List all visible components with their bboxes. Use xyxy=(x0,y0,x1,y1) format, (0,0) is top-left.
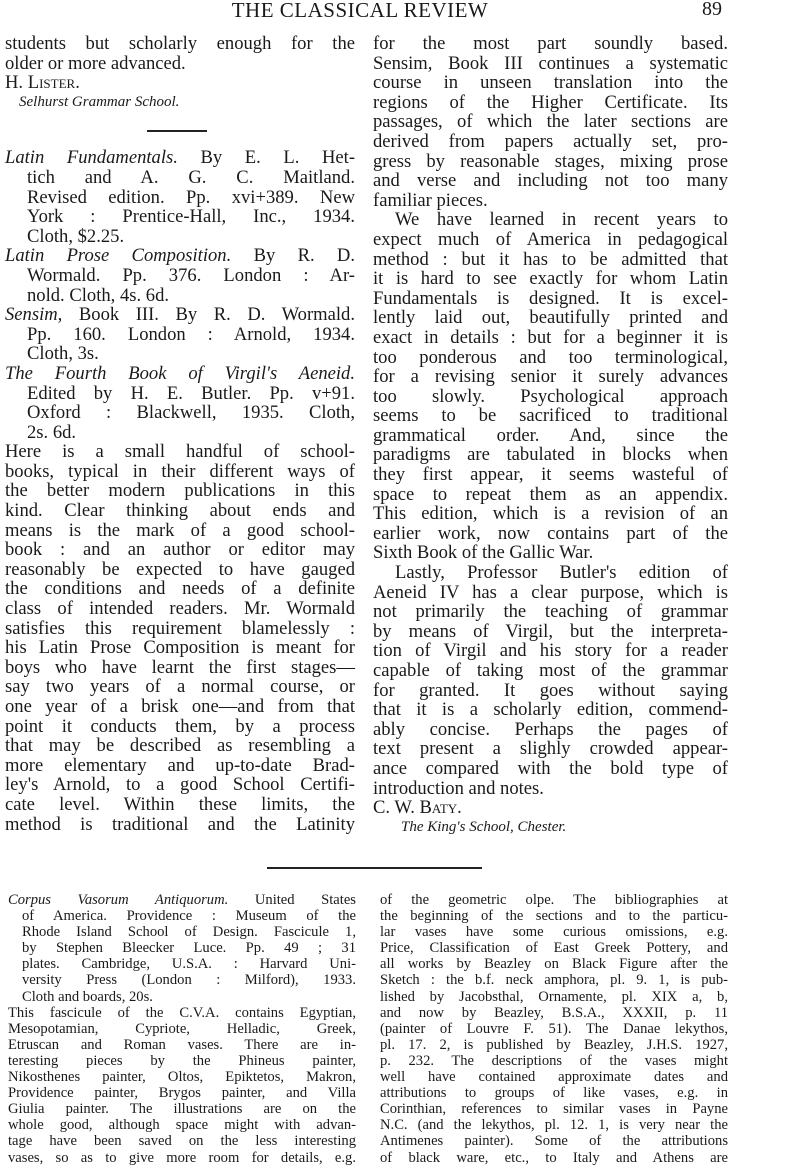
text-line: Lastly, Professor Butler's edition of xyxy=(373,563,728,583)
text-line: familiar pieces. xyxy=(373,191,728,211)
text-line: ance compared with the bold type of xyxy=(373,759,728,779)
text-line: Mesopotamian, Cypriote, Helladic, Greek, xyxy=(8,1021,356,1037)
book-detail: York : Prentice-Hall, Inc., 1934. xyxy=(5,207,355,227)
text-line: too slowly. Psychological approach xyxy=(373,387,728,407)
text-line: method : but it has to be admitted that xyxy=(373,250,728,270)
book-detail: By E. L. Het- xyxy=(178,147,355,168)
text-line: p. 232. The descriptions of the vases mi… xyxy=(380,1053,728,1069)
book-detail: tich and A. G. C. Maitland. xyxy=(5,168,355,188)
text-line: for a revising senior it surely advances xyxy=(373,367,728,387)
text-line: books, typical in their different ways o… xyxy=(5,462,355,482)
page-number: 89 xyxy=(700,0,722,21)
text-line: regions of the Higher Certificate. Its xyxy=(373,93,728,113)
text-line: it is hard to see exactly for whom Latin xyxy=(373,269,728,289)
text-line: they first appear, it seems wasteful of xyxy=(373,465,728,485)
text-line: reasonably be expected to have gauged xyxy=(5,560,355,580)
text-line: lished by Jacobsthal, Ornamente, pl. XIX… xyxy=(380,989,728,1005)
text-line: passages, of which the later sections ar… xyxy=(373,112,728,132)
text-line: cate level. Within these limits, the xyxy=(5,795,355,815)
text-line: Sixth Book of the Gallic War. xyxy=(373,543,728,563)
text-line: exact in details : but for a beginner it… xyxy=(373,328,728,348)
book-detail: United States xyxy=(228,892,356,908)
book-entry: Latin Fundamentals. By E. L. Het- tich a… xyxy=(5,148,355,246)
text-line: ably concise. Perhaps the pages of xyxy=(373,720,728,740)
text-line: Here is a small handful of school- xyxy=(5,442,355,462)
text-line: Fundamentals is designed. It is excel- xyxy=(373,289,728,309)
cva-review-right: of the geometric olpe. The bibliographie… xyxy=(380,892,728,1166)
text-line: for granted. It goes without saying xyxy=(373,681,728,701)
text-line: teresting pieces by the Phineus painter, xyxy=(8,1053,356,1069)
reviewer-affiliation: Selhurst Grammar School. xyxy=(5,93,355,113)
book-detail: Book III. By R. D. Wormald. xyxy=(62,304,355,325)
text-line: tage have been saved on the less interes… xyxy=(8,1133,356,1149)
text-line: Sketch : the b.f. neck amphora, pl. 9. 1… xyxy=(380,972,728,988)
text-line: by means of Virgil, but the interpreta- xyxy=(373,622,728,642)
book-detail: versity Press (London : Milford), 1933. xyxy=(8,972,356,988)
text-line: lently laid out, beautifully printed and xyxy=(373,308,728,328)
text-line: boys who have learnt the first stages— xyxy=(5,658,355,678)
text-line: all works by Beazley on Black Figure aft… xyxy=(380,956,728,972)
book-detail: nold. Cloth, 4s. 6d. xyxy=(5,286,355,306)
book-entry: Sensim, Book III. By R. D. Wormald. Pp. … xyxy=(5,305,355,364)
section-divider xyxy=(147,130,207,132)
text-line: Antimenes painter). Some of the attribut… xyxy=(380,1133,728,1149)
text-line: kind. Clear thinking about ends and xyxy=(5,501,355,521)
text-line: Sensim, Book III continues a systematic xyxy=(373,54,728,74)
text-line: pl. 17. 2, is published by Beazley, J.H.… xyxy=(380,1037,728,1053)
book-detail: Oxford : Blackwell, 1935. Cloth, xyxy=(5,403,355,423)
text-line: Etruscan and Roman vases. There are in- xyxy=(8,1037,356,1053)
text-line: N.C. (and the lekythos, pl. 12. 1, is ve… xyxy=(380,1117,728,1133)
book-entry: Latin Prose Composition. By R. D. Wormal… xyxy=(5,246,355,305)
text-line: We have learned in recent years to xyxy=(373,210,728,230)
book-detail: Wormald. Pp. 376. London : Ar- xyxy=(5,266,355,286)
text-line: attributions to groups of like vases, e.… xyxy=(380,1085,728,1101)
book-title: Latin Prose Composition. xyxy=(5,245,231,266)
text-line: of the geometric olpe. The bibliographie… xyxy=(380,892,728,908)
book-entry: The Fourth Book of Virgil's Aeneid. Edit… xyxy=(5,364,355,442)
book-title: Corpus Vasorum Antiquorum. xyxy=(8,892,228,908)
book-detail: Cloth and boards, 20s. xyxy=(8,989,356,1005)
text-line: This fascicule of the C.V.A. contains Eg… xyxy=(8,1005,356,1021)
right-column: for the most part soundly based. Sensim,… xyxy=(373,34,728,837)
book-detail: Edited by H. E. Butler. Pp. v+91. xyxy=(5,384,355,404)
text-line: point it conducts them, by a process xyxy=(5,717,355,737)
reviewer-signature: C. W. Baty. xyxy=(373,798,728,818)
text-line: and now by Beazley, B.S.A., XXXII, p. 11 xyxy=(380,1005,728,1021)
book-detail: By R. D. xyxy=(231,245,355,266)
text-line: well have contained approximate dates an… xyxy=(380,1069,728,1085)
text-line: text present a slighly crowded appear- xyxy=(373,739,728,759)
text-line: ley's Arnold, to a good School Certifi- xyxy=(5,775,355,795)
text-line: class of intended readers. Mr. Wormald xyxy=(5,599,355,619)
text-line: capable of taking most of the grammar xyxy=(373,661,728,681)
text-line: Aeneid IV has a clear purpose, which is xyxy=(373,583,728,603)
text-line: the conditions and needs of a definite xyxy=(5,579,355,599)
text-line: the better modern publications in this xyxy=(5,481,355,501)
text-line: gress by reasonable stages, mixing prose xyxy=(373,152,728,172)
text-line: derived from papers actually set, pro- xyxy=(373,132,728,152)
article-divider xyxy=(267,867,482,869)
text-line: Price, Classification of East Greek Pott… xyxy=(380,940,728,956)
text-line: one year of a brisk one—and from that xyxy=(5,697,355,717)
text-line: expect much of America in pedagogical xyxy=(373,230,728,250)
text-line: students but scholarly enough for the xyxy=(5,34,355,54)
text-line: too ponderous and too terminological, xyxy=(373,348,728,368)
text-line: more elementary and up-to-date Brad- xyxy=(5,756,355,776)
book-detail: Pp. 160. London : Arnold, 1934. xyxy=(5,325,355,345)
running-header: THE CLASSICAL REVIEW 89 xyxy=(0,0,800,22)
text-line: (painter of Louvre F. 51). The Danae lek… xyxy=(380,1021,728,1037)
text-line: book : and an author or editor may xyxy=(5,540,355,560)
book-detail: Cloth, $2.25. xyxy=(5,227,355,247)
text-line: seems to be sacrificed to traditional xyxy=(373,406,728,426)
text-line: whole good, although space might with ad… xyxy=(8,1117,356,1133)
book-detail: Cloth, 3s. xyxy=(5,344,355,364)
text-line: say two years of a normal course, or xyxy=(5,677,355,697)
text-line: introduction and notes. xyxy=(373,779,728,799)
text-line: grammatical order. And, since the xyxy=(373,426,728,446)
text-line: paradigms are tabulated in blocks when xyxy=(373,445,728,465)
book-title: Sensim, xyxy=(5,304,62,325)
text-line: tion of Virgil and his story for a reade… xyxy=(373,641,728,661)
journal-title: THE CLASSICAL REVIEW xyxy=(215,0,505,23)
text-line: for the most part soundly based. xyxy=(373,34,728,54)
text-line: his Latin Prose Composition is meant for xyxy=(5,638,355,658)
text-line: older or more advanced. xyxy=(5,54,355,74)
book-detail: Rhode Island School of Design. Fascicule… xyxy=(8,924,356,940)
text-line: course in unseen translation into the xyxy=(373,73,728,93)
book-detail: of America. Providence : Museum of the xyxy=(8,908,356,924)
reviewer-affiliation: The King's School, Chester. xyxy=(373,818,728,838)
text-line: Providence painter, Brygos painter, and … xyxy=(8,1085,356,1101)
book-title: Latin Fundamentals. xyxy=(5,147,178,168)
book-detail: 2s. 6d. xyxy=(5,423,355,443)
text-line: Corinthian, references to similar vases … xyxy=(380,1101,728,1117)
text-line: space to repeat them as an appendix. xyxy=(373,485,728,505)
text-line: lar vases have some curious omissions, e… xyxy=(380,924,728,940)
left-column: students but scholarly enough for the ol… xyxy=(5,34,355,834)
text-line: of black ware, etc., to Italy and Athens… xyxy=(380,1150,728,1166)
text-line: satisfies this requirement blamelessly : xyxy=(5,619,355,639)
text-line: and verse and including not too many xyxy=(373,171,728,191)
text-line: means is the mark of a good school- xyxy=(5,521,355,541)
text-line: Nikosthenes painter, Oltos, Epiktetos, M… xyxy=(8,1069,356,1085)
book-detail: by Stephen Bleecker Luce. Pp. 49 ; 31 xyxy=(8,940,356,956)
book-detail: Revised edition. Pp. xvi+389. New xyxy=(5,188,355,208)
text-line: Giulia painter. The illustrations are on… xyxy=(8,1101,356,1117)
text-line: method is traditional and the Latinity xyxy=(5,815,355,835)
cva-review-left: Corpus Vasorum Antiquorum. United States… xyxy=(8,892,356,1166)
text-line: not primarily the teaching of grammar xyxy=(373,602,728,622)
text-line: earlier work, now contains part of the xyxy=(373,524,728,544)
text-line: that it is a scholarly edition, commend- xyxy=(373,700,728,720)
review-body: Here is a small handful of school- books… xyxy=(5,442,355,834)
text-line: This edition, which is a revision of an xyxy=(373,504,728,524)
text-line: vases, so as to give more room for detai… xyxy=(8,1150,356,1166)
reviewer-signature: H. Lister. xyxy=(5,73,355,93)
book-title: The Fourth Book of Virgil's Aeneid. xyxy=(5,364,355,384)
book-detail: plates. Cambridge, U.S.A. : Harvard Uni- xyxy=(8,956,356,972)
text-line: that may be described as resembling a xyxy=(5,736,355,756)
text-line: the beginning of the sections and to the… xyxy=(380,908,728,924)
